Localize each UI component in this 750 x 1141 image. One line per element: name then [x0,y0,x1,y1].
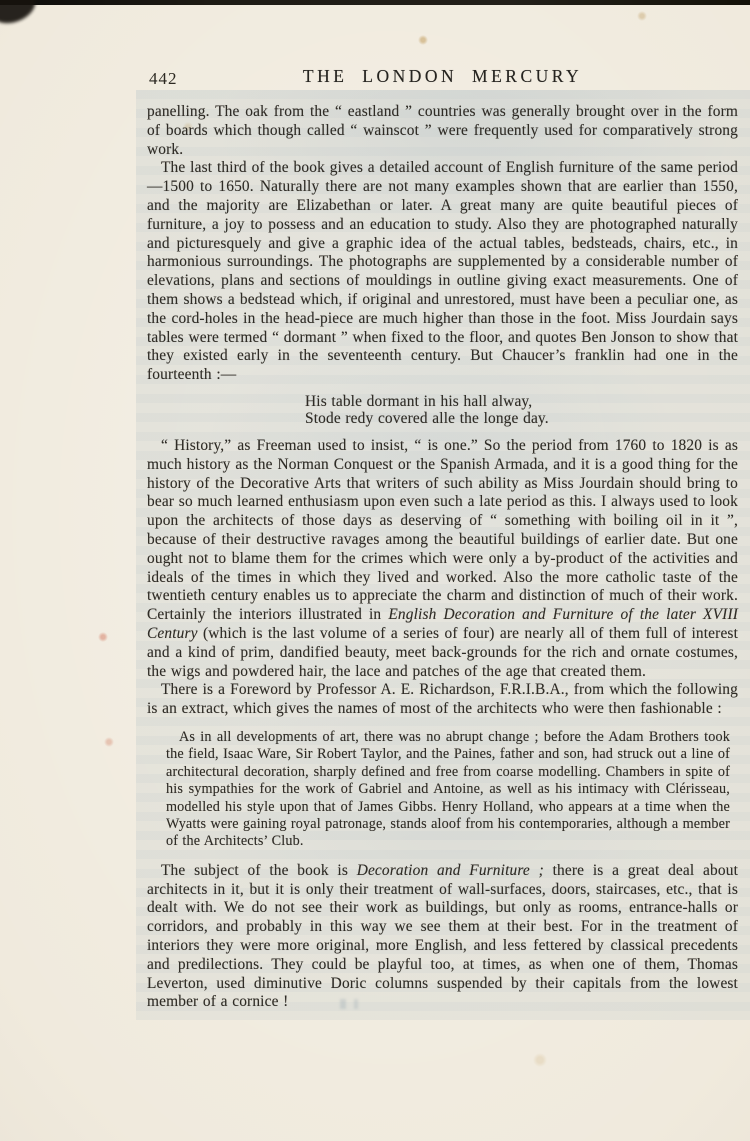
paragraph-foreword: There is a Foreword by Professor A. E. R… [147,681,738,719]
paragraph-panelling: panelling. The oak from the “ eastland ”… [147,103,738,159]
text-column: 442 THE LONDON MERCURY panelling. The oa… [147,66,738,1012]
paragraph-text: there is a great deal about architects i… [147,862,738,1011]
article-body: panelling. The oak from the “ eastland ”… [147,103,738,1012]
paragraph-subject: The subject of the book is Decoration an… [147,862,738,1012]
scan-corner-artifact [0,0,40,29]
journal-title: THE LONDON MERCURY [147,66,738,87]
verse-quote: His table dormant in his hall alway, Sto… [305,393,738,428]
page-number: 442 [149,69,178,89]
paragraph-history: “ History,” as Freeman used to insist, “… [147,437,738,681]
block-quote-extract: As in all developments of art, there was… [166,729,730,851]
book-title-italic: Decoration and Furniture ; [357,862,544,879]
paragraph-text: (which is the last volume of a series of… [147,625,738,680]
scan-top-edge [0,0,750,5]
paragraph-text: “ History,” as Freeman used to insist, “… [147,437,738,623]
paragraph-text: The subject of the book is [161,862,357,879]
running-header: 442 THE LONDON MERCURY [147,66,738,90]
scanned-page: { "header": { "page_number": "442", "jou… [0,0,750,1141]
verse-line-1: His table dormant in his hall alway, [305,393,738,411]
paragraph-last-third: The last third of the book gives a detai… [147,159,738,385]
verse-line-2: Stode redy covered alle the longe day. [305,410,738,428]
